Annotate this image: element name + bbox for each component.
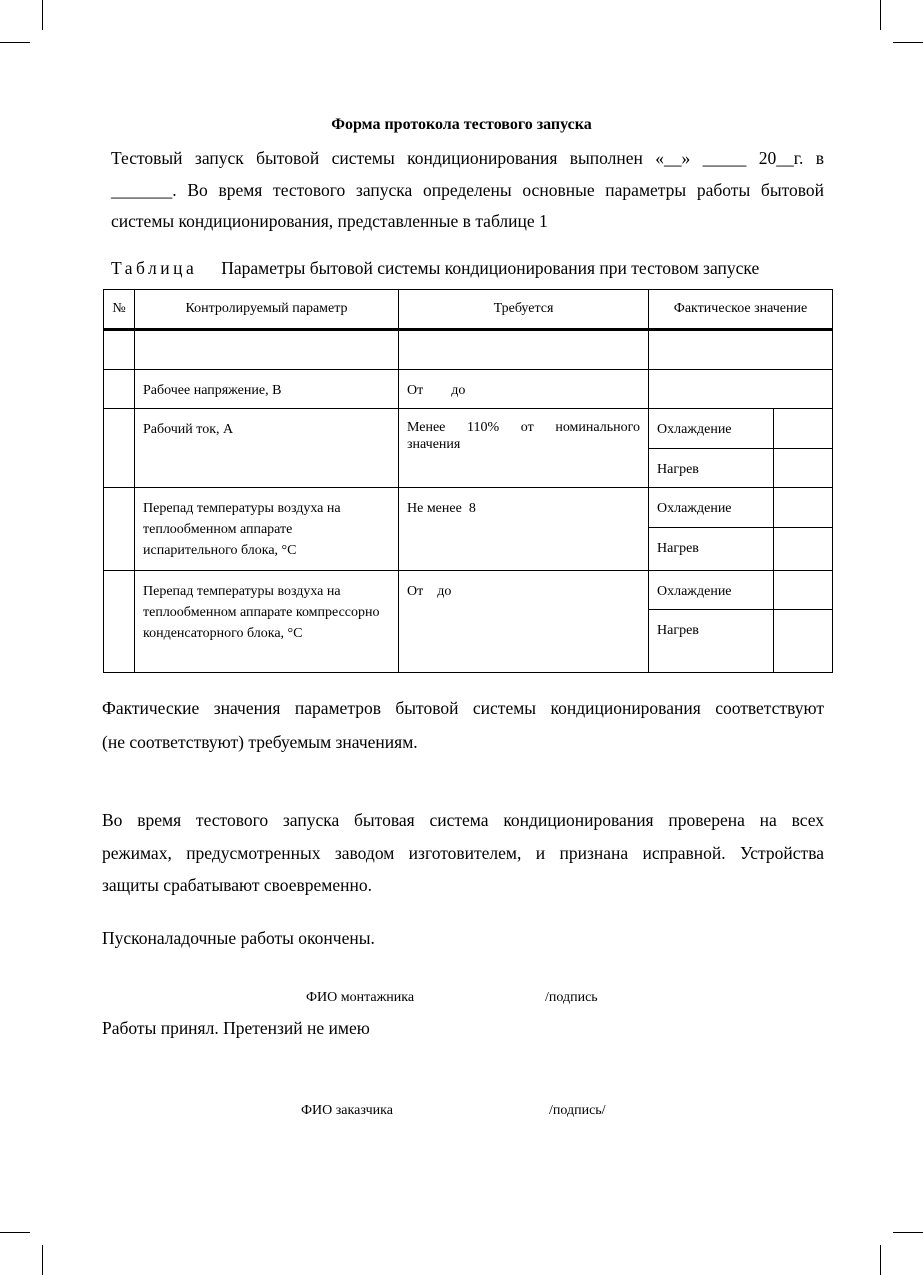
mode-value[interactable] xyxy=(774,449,833,488)
parameters-table: № Контролируемый параметр Требуется Факт… xyxy=(103,289,833,673)
mode-label: Охлаждение xyxy=(649,409,774,449)
table-caption: ТаблицаПараметры бытовой системы кондици… xyxy=(111,258,759,279)
mode-label: Нагрев xyxy=(649,610,774,673)
conclusion-line-2: (не соответствуют) требуемым значениям. xyxy=(102,732,418,753)
mode-value[interactable] xyxy=(774,409,833,449)
table-row: Рабочий ток, А Менее 110% от номинальног… xyxy=(104,409,833,449)
mode-label: Нагрев xyxy=(649,449,774,488)
cell-actual[interactable] xyxy=(649,370,833,409)
crop-mark xyxy=(893,42,923,43)
crop-mark xyxy=(880,0,881,30)
table-row: Перепад температуры воздуха на теплообме… xyxy=(104,571,833,610)
cell-required: От до xyxy=(399,370,649,409)
page-title: Форма протокола тестового запуска xyxy=(0,116,923,134)
intro-line-3: системы кондиционирования, представленны… xyxy=(111,211,548,232)
accepted-statement: Работы принял. Претензий не имею xyxy=(102,1018,370,1039)
check-line-1: Во время тестового запуска бытовая систе… xyxy=(102,810,824,831)
customer-name-label: ФИО заказчика xyxy=(301,1103,393,1119)
crop-mark xyxy=(0,42,30,43)
cell-actual[interactable] xyxy=(649,330,833,370)
cell-number[interactable] xyxy=(104,330,135,370)
col-header-actual: Фактическое значение xyxy=(649,290,833,330)
completed-statement: Пусконаладочные работы окончены. xyxy=(102,928,375,949)
col-header-required: Требуется xyxy=(399,290,649,330)
table-row: Рабочее напряжение, В От до xyxy=(104,370,833,409)
table-caption-prefix: Таблица xyxy=(111,258,197,278)
check-line-3: защиты срабатывают своевременно. xyxy=(102,875,372,896)
intro-line-2: _______. Во время тестового запуска опре… xyxy=(111,180,824,201)
cell-number[interactable] xyxy=(104,370,135,409)
cell-required: Менее 110% от номинального значения xyxy=(399,409,649,488)
installer-signature-label: /подпись xyxy=(545,990,598,1006)
mode-label: Охлаждение xyxy=(649,571,774,610)
cell-required: От до xyxy=(399,571,649,673)
cell-number[interactable] xyxy=(104,571,135,673)
table-row xyxy=(104,330,833,370)
table-header-row: № Контролируемый параметр Требуется Факт… xyxy=(104,290,833,330)
cell-parameter: Рабочий ток, А xyxy=(135,409,399,488)
col-header-number: № xyxy=(104,290,135,330)
customer-signature-label: /подпись/ xyxy=(549,1103,606,1119)
mode-value[interactable] xyxy=(774,610,833,673)
crop-mark xyxy=(880,1245,881,1275)
col-header-parameter: Контролируемый параметр xyxy=(135,290,399,330)
mode-value[interactable] xyxy=(774,528,833,571)
crop-mark xyxy=(893,1232,923,1233)
check-line-2: режимах, предусмотренных заводом изготов… xyxy=(102,843,824,864)
mode-value[interactable] xyxy=(774,571,833,610)
conclusion-line-1: Фактические значения параметров бытовой … xyxy=(102,698,824,719)
mode-label: Нагрев xyxy=(649,528,774,571)
mode-value[interactable] xyxy=(774,488,833,528)
cell-required: Не менее 8 xyxy=(399,488,649,571)
crop-mark xyxy=(42,0,43,30)
cell-number[interactable] xyxy=(104,409,135,488)
intro-line-1: Тестовый запуск бытовой системы кондицио… xyxy=(111,148,824,169)
crop-mark xyxy=(0,1232,30,1233)
cell-parameter: Рабочее напряжение, В xyxy=(135,370,399,409)
crop-mark xyxy=(42,1245,43,1275)
cell-parameter: Перепад температуры воздуха на теплообме… xyxy=(135,571,399,673)
table-caption-text: Параметры бытовой системы кондиционирова… xyxy=(221,258,759,278)
cell-parameter[interactable] xyxy=(135,330,399,370)
cell-number[interactable] xyxy=(104,488,135,571)
cell-parameter: Перепад температуры воздуха на теплообме… xyxy=(135,488,399,571)
mode-label: Охлаждение xyxy=(649,488,774,528)
table-row: Перепад температуры воздуха на теплообме… xyxy=(104,488,833,528)
cell-required[interactable] xyxy=(399,330,649,370)
installer-name-label: ФИО монтажника xyxy=(306,990,414,1006)
